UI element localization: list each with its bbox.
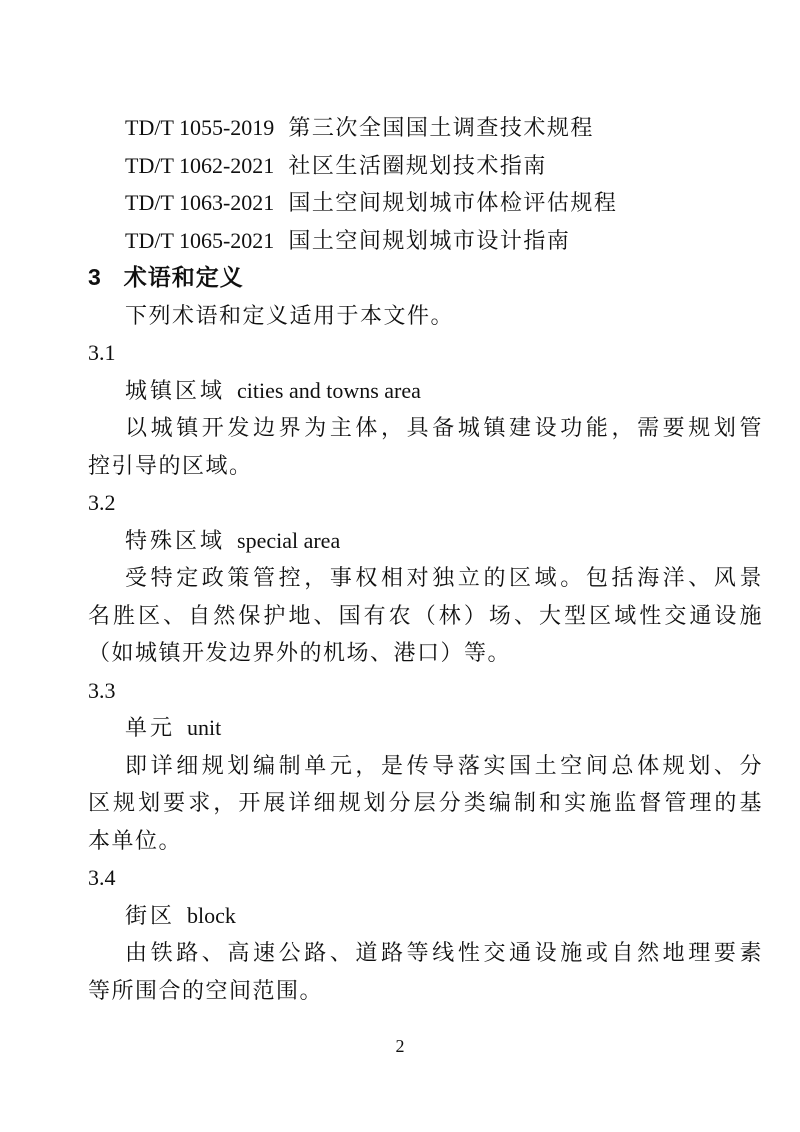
reference-item: TD/T 1063-2021国土空间规划城市体检评估规程	[88, 184, 763, 222]
section-heading-title: 术语和定义	[124, 264, 244, 290]
definition-line: 即详细规划编制单元，是传导落实国土空间总体规划、分	[88, 747, 763, 785]
section-intro: 下列术语和定义适用于本文件。	[88, 297, 763, 335]
term-name-zh: 街区	[125, 903, 175, 928]
term-name: 单元unit	[88, 709, 763, 747]
reference-title: 社区生活圈规划技术指南	[288, 153, 547, 178]
term-name-zh: 城镇区域	[125, 378, 225, 403]
reference-code: TD/T 1062-2021	[125, 153, 274, 178]
term-name: 城镇区域cities and towns area	[88, 372, 763, 410]
definition-line: 名胜区、自然保护地、国有农（林）场、大型区域性交通设施	[88, 597, 763, 635]
reference-item: TD/T 1065-2021国土空间规划城市设计指南	[88, 222, 763, 260]
term-name-en: cities and towns area	[237, 378, 421, 403]
section-heading: 3术语和定义	[88, 259, 763, 297]
definition-line: 由铁路、高速公路、道路等线性交通设施或自然地理要素	[88, 934, 763, 972]
reference-item: TD/T 1062-2021社区生活圈规划技术指南	[88, 147, 763, 185]
term-name-en: block	[187, 903, 236, 928]
definition-line: 区规划要求，开展详细规划分层分类编制和实施监督管理的基	[88, 784, 763, 822]
term-number: 3.2	[88, 484, 763, 522]
definition-line: 以城镇开发边界为主体，具备城镇建设功能，需要规划管	[88, 409, 763, 447]
definition-line: 受特定政策管控，事权相对独立的区域。包括海洋、风景	[88, 559, 763, 597]
document-page: TD/T 1055-2019第三次全国国土调查技术规程 TD/T 1062-20…	[0, 0, 800, 1132]
term-number: 3.3	[88, 672, 763, 710]
term-number: 3.4	[88, 859, 763, 897]
section-heading-number: 3	[88, 264, 101, 290]
reference-title: 第三次全国国土调查技术规程	[288, 115, 594, 140]
definition-line: （如城镇开发边界外的机场、港口）等。	[88, 634, 763, 672]
reference-item: TD/T 1055-2019第三次全国国土调查技术规程	[88, 109, 763, 147]
term-name: 街区block	[88, 897, 763, 935]
page-number: 2	[0, 1034, 800, 1058]
term-name: 特殊区域special area	[88, 522, 763, 560]
reference-code: TD/T 1063-2021	[125, 190, 274, 215]
term-number: 3.1	[88, 334, 763, 372]
definition-line: 等所围合的空间范围。	[88, 972, 763, 1010]
reference-title: 国土空间规划城市设计指南	[288, 228, 570, 253]
term-name-en: special area	[237, 528, 340, 553]
term-name-zh: 单元	[125, 715, 175, 740]
reference-code: TD/T 1055-2019	[125, 115, 274, 140]
term-name-zh: 特殊区域	[125, 528, 225, 553]
page-content: TD/T 1055-2019第三次全国国土调查技术规程 TD/T 1062-20…	[88, 109, 763, 1009]
definition-line: 控引导的区域。	[88, 447, 763, 485]
definition-line: 本单位。	[88, 822, 763, 860]
reference-code: TD/T 1065-2021	[125, 228, 274, 253]
term-name-en: unit	[187, 715, 221, 740]
reference-title: 国土空间规划城市体检评估规程	[288, 190, 617, 215]
